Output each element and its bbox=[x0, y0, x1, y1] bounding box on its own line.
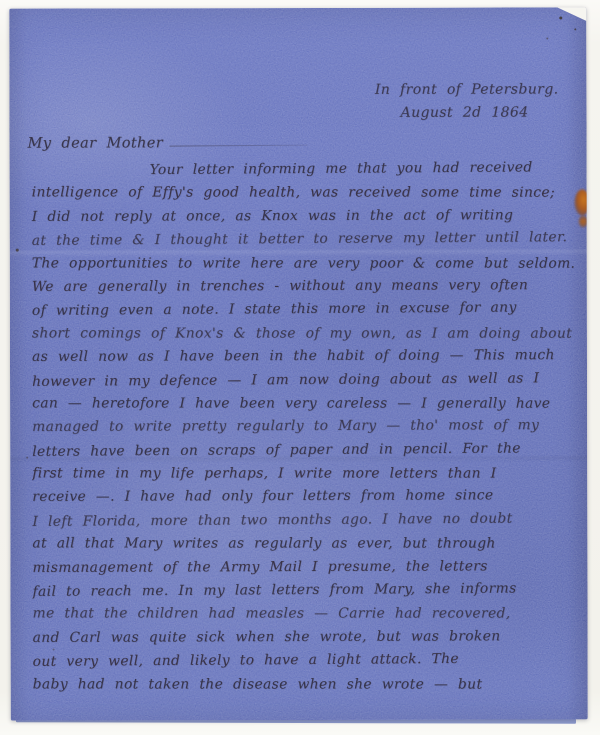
ink-speck bbox=[26, 457, 28, 459]
rust-stain-large bbox=[575, 189, 588, 215]
handwriting-line: mismanagement of the Army Mail I presume… bbox=[32, 555, 574, 580]
handwriting-line: baby had not taken the disease when she … bbox=[33, 673, 575, 697]
handwriting-line: at the time & I thought it better to res… bbox=[32, 226, 574, 253]
handwriting-line: can — heretofore I have been very carele… bbox=[32, 392, 574, 416]
heading-date-line: August 2d 1864 bbox=[375, 104, 559, 120]
handwriting-line: letters have been on scraps of paper and… bbox=[32, 437, 574, 464]
handwriting-line: at all that Mary writes as regularly as … bbox=[32, 533, 574, 557]
handwriting-line: me that the children had measles — Carri… bbox=[33, 603, 575, 627]
handwriting-line: managed to write pretty regularly to Mar… bbox=[32, 414, 574, 439]
heading-place-line: In front of Petersburg. bbox=[375, 81, 559, 97]
handwriting-line: fail to reach me. In my last letters fro… bbox=[32, 577, 574, 604]
letter-scan: In front of Petersburg. August 2d 1864 M… bbox=[0, 0, 600, 735]
handwriting-line: first time in my life perhaps, I write m… bbox=[32, 462, 574, 486]
rust-stain-small bbox=[579, 215, 588, 227]
torn-corner-notch bbox=[555, 7, 587, 21]
ink-speck bbox=[546, 37, 548, 39]
salutation: My dear Mother bbox=[28, 135, 308, 152]
handwriting-line: and Carl was quite sick when she wrote, … bbox=[33, 625, 575, 650]
handwriting-line: The opportunities to write here are very… bbox=[32, 252, 574, 276]
handwriting-line: of writing even a note. I state this mor… bbox=[32, 296, 574, 323]
handwriting-line: out very well, and likely to have a ligh… bbox=[33, 647, 575, 674]
handwriting-line: however in my defence — I am now doing a… bbox=[32, 367, 574, 394]
ink-speck bbox=[16, 249, 19, 252]
letter-paper: In front of Petersburg. August 2d 1864 M… bbox=[9, 7, 587, 720]
handwriting-line: We are generally in trenches - without a… bbox=[32, 274, 574, 299]
handwriting-line: I left Florida, more than two months ago… bbox=[32, 507, 574, 534]
handwriting-line: receive —. I have had only four letters … bbox=[32, 485, 574, 510]
salutation-flourish bbox=[169, 144, 307, 146]
letter-body: Your letter informing me that you had re… bbox=[32, 157, 575, 696]
handwriting-line: I did not reply at once, as Knox was in … bbox=[32, 204, 574, 229]
handwriting-line: Your letter informing me that you had re… bbox=[32, 156, 574, 183]
ink-speck bbox=[574, 28, 576, 30]
salutation-text: My dear Mother bbox=[28, 135, 164, 151]
ink-speck bbox=[53, 649, 55, 651]
letter-heading: In front of Petersburg. August 2d 1864 bbox=[375, 81, 559, 120]
handwriting-line: intelligence of Effy's good health, was … bbox=[32, 182, 574, 206]
handwriting-line: as well now as I have been in the habit … bbox=[32, 344, 574, 369]
handwriting-line: short comings of Knox's & those of my ow… bbox=[32, 322, 574, 346]
